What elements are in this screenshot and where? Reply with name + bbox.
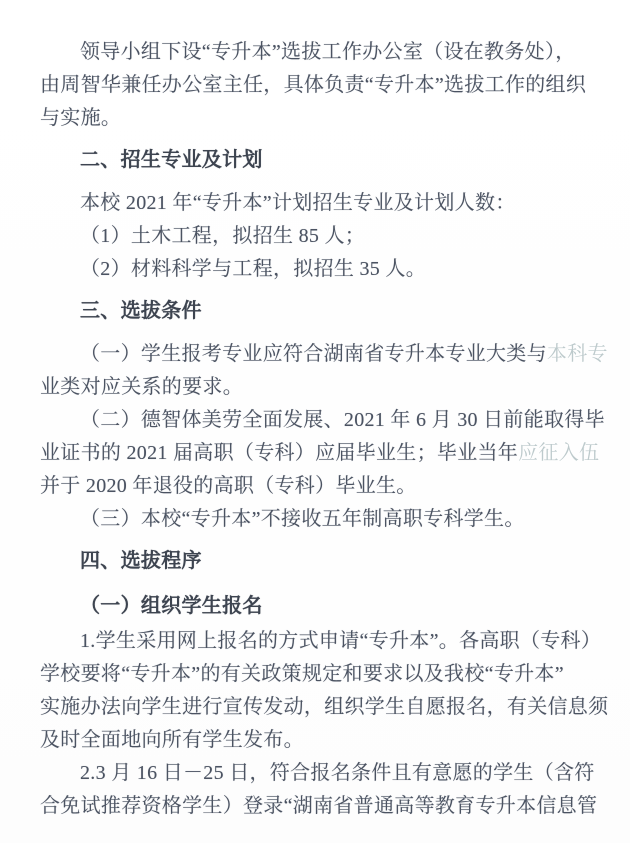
faded-scan-text: 本科专 [547, 343, 608, 365]
paragraph-line: 及时全面地向所有学生发布。 [40, 724, 600, 757]
paragraph-line: （一）学生报考专业应符合湖南省专升本专业大类与本科专 [40, 338, 600, 371]
faded-scan-text: 应征入伍 [518, 442, 599, 464]
line-text: 业证书的 2021 届高职（专科）应届毕业生；毕业当年 [40, 442, 518, 464]
scanned-document-page: 领导小组下设“专升本”选拔工作办公室（设在教务处）， 由周智华兼任办公室主任，具… [0, 0, 630, 843]
paragraph-line: 领导小组下设“专升本”选拔工作办公室（设在教务处）， [40, 36, 600, 69]
paragraph-line: 与实施。 [40, 102, 600, 135]
line-text: （一）学生报考专业应符合湖南省专升本专业大类与 [80, 343, 547, 365]
paragraph-line: 由周智华兼任办公室主任，具体负责“专升本”选拔工作的组织 [40, 69, 600, 102]
paragraph-line: 学校要将“专升本”的有关政策规定和要求以及我校“专升本” [40, 658, 600, 691]
section-heading-enrollment-plan: 二、招生专业及计划 [40, 144, 600, 177]
list-item-materials-science: （2）材料科学与工程，拟招生 35 人。 [40, 253, 600, 286]
paragraph-line: （三）本校“专升本”不接收五年制高职专科学生。 [40, 503, 600, 536]
paragraph-line: （二）德智体美劳全面发展、2021 年 6 月 30 日前能取得毕 [40, 404, 600, 437]
paragraph-line: 并于 2020 年退役的高职（专科）毕业生。 [40, 470, 600, 503]
paragraph-line: 1.学生采用网上报名的方式申请“专升本”。各高职（专科） [40, 625, 600, 658]
section-heading-selection-criteria: 三、选拔条件 [40, 295, 600, 328]
paragraph-line: 实施办法向学生进行宣传发动，组织学生自愿报名，有关信息须 [40, 691, 600, 724]
paragraph-line: 2.3 月 16 日－25 日，符合报名条件且有意愿的学生（含符 [40, 757, 600, 790]
list-item-civil-engineering: （1）土木工程，拟招生 85 人； [40, 220, 600, 253]
paragraph-line: 合免试推荐资格学生）登录“湖南省普通高等教育专升本信息管 [40, 790, 600, 823]
paragraph-line: 本校 2021 年“专升本”计划招生专业及计划人数： [40, 187, 600, 220]
paragraph-line: 业证书的 2021 届高职（专科）应届毕业生；毕业当年应征入伍 [40, 437, 600, 470]
subsection-heading-student-registration: （一）组织学生报名 [40, 590, 600, 623]
paragraph-line: 业类对应关系的要求。 [40, 371, 600, 404]
section-heading-selection-procedure: 四、选拔程序 [40, 545, 600, 578]
